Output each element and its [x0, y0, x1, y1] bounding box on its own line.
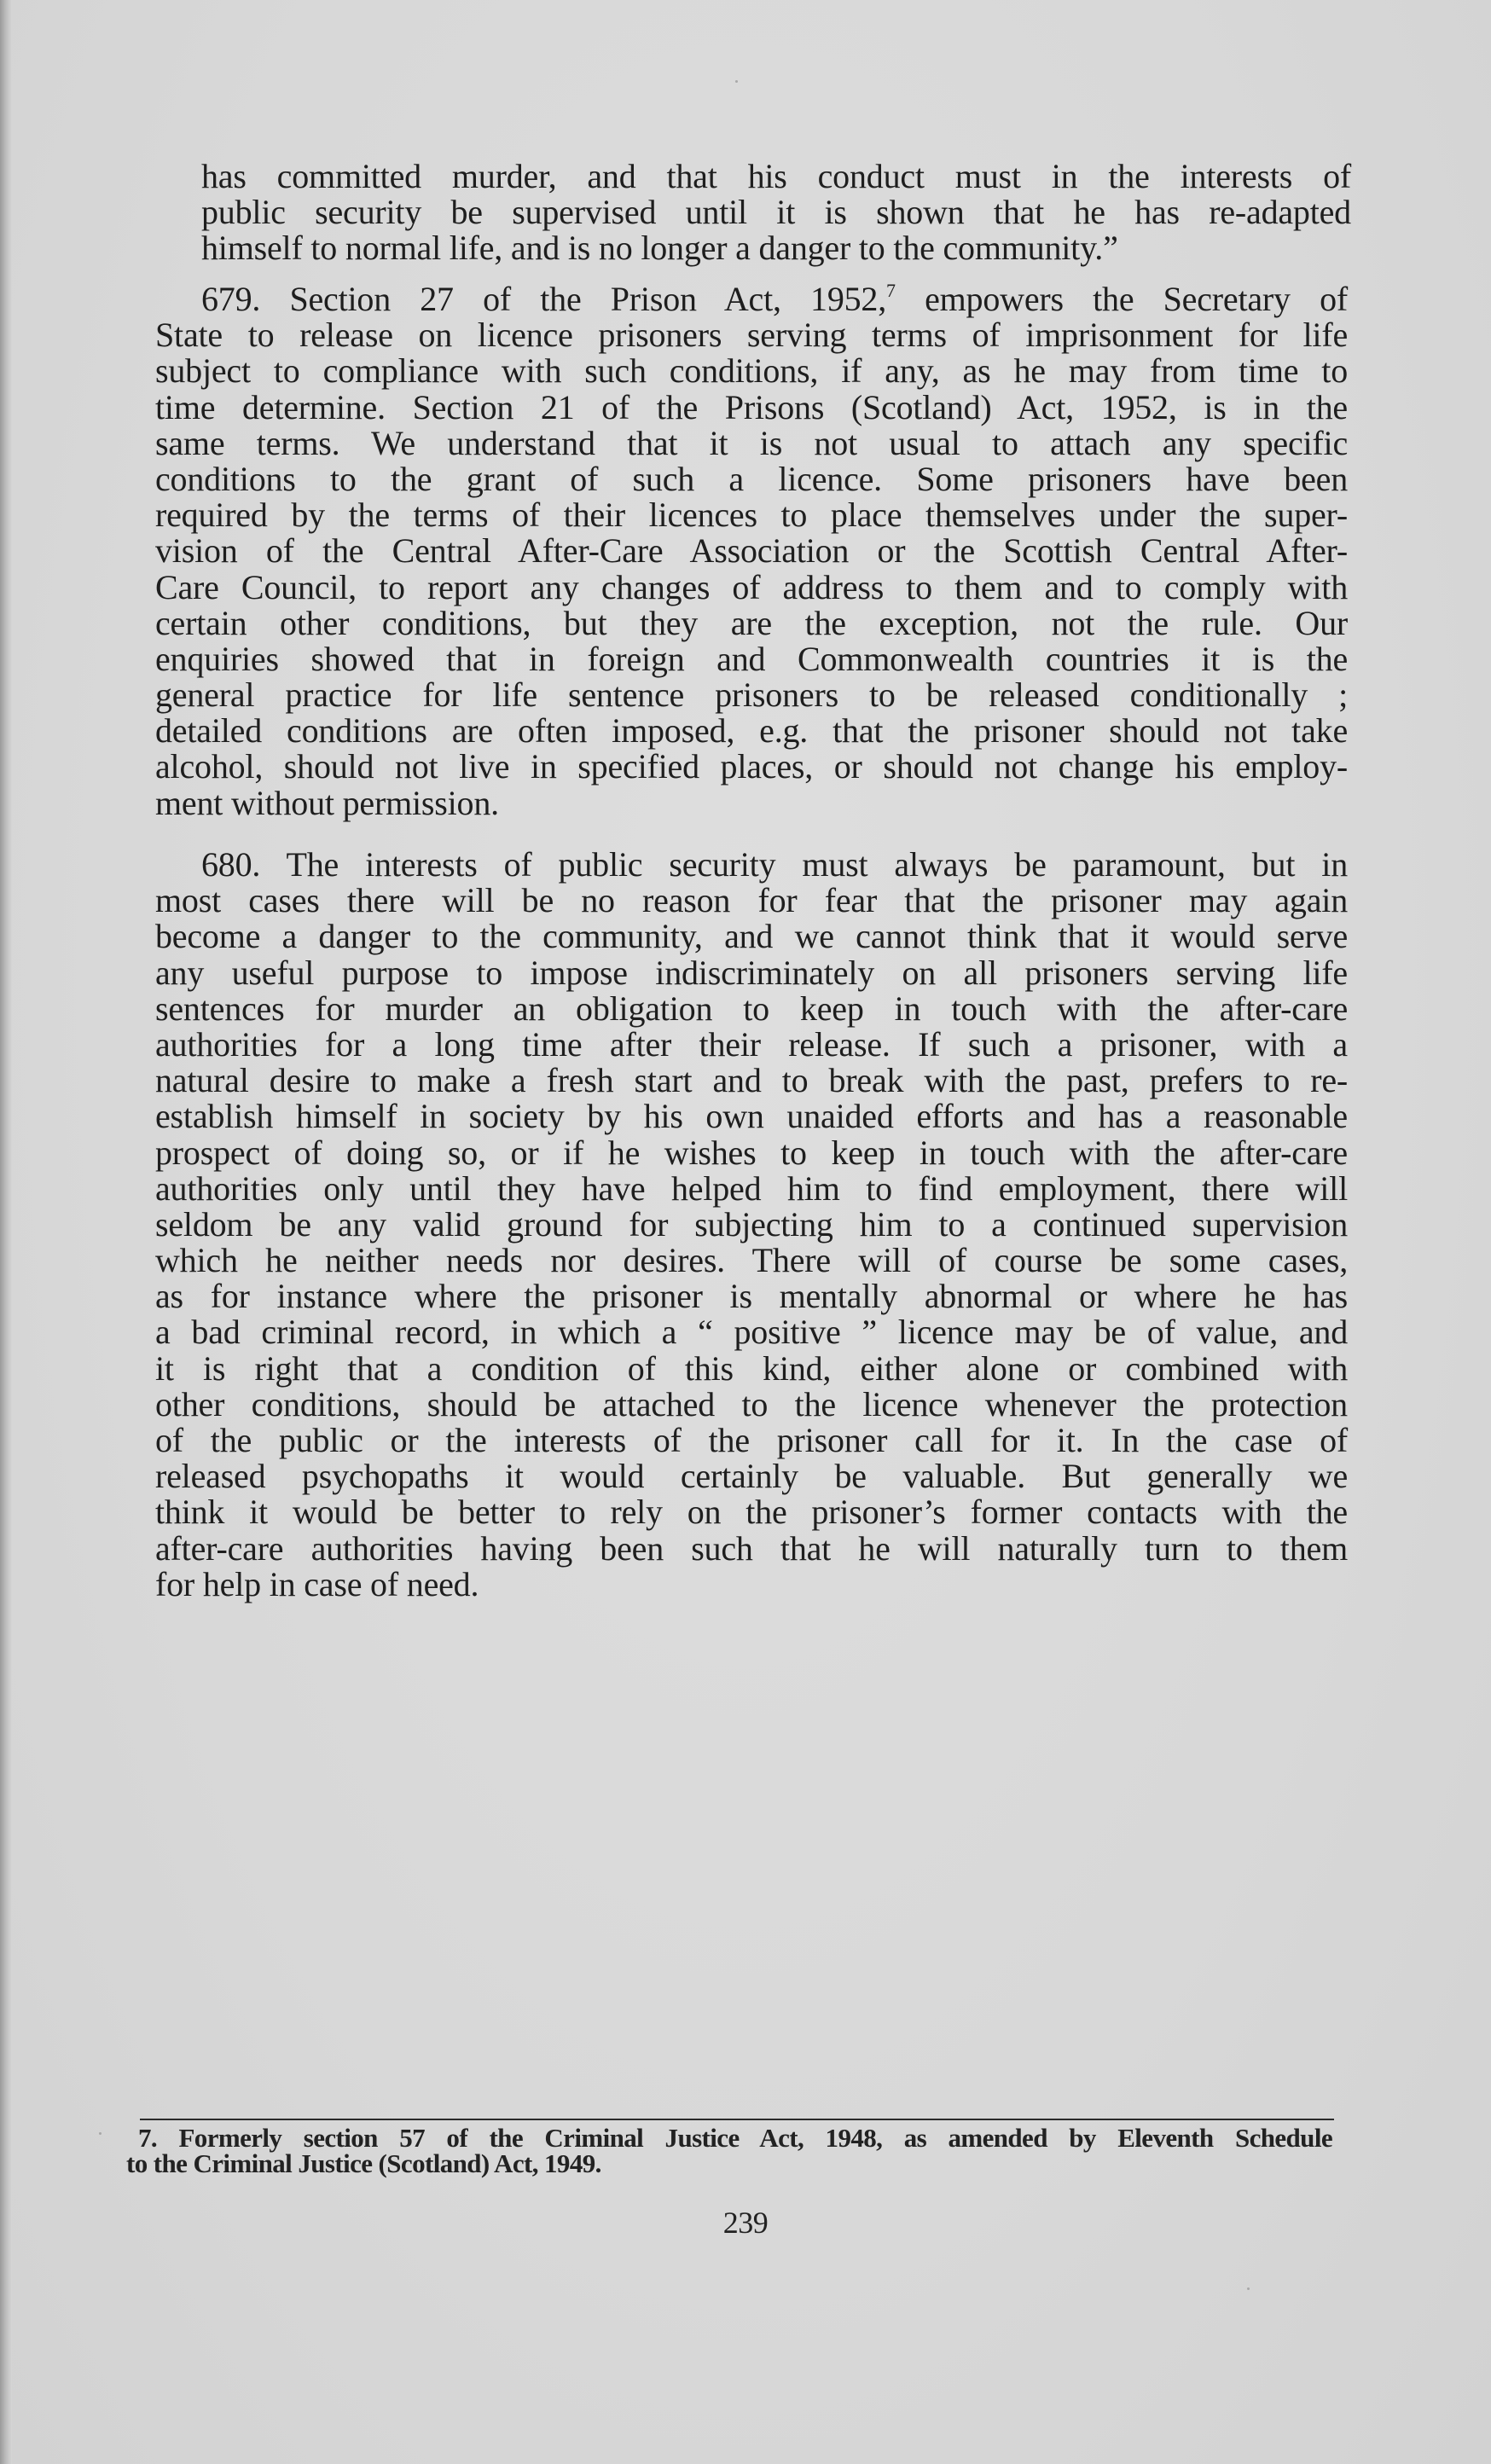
text-line: released psychopaths it would certainly …: [155, 1458, 1348, 1494]
text-line: required by the terms of their licences …: [155, 497, 1348, 533]
paper-speck: [99, 2132, 102, 2135]
text-line: has committed murder, and that his condu…: [201, 159, 1351, 194]
text-line: a bad criminal record, in which a “ posi…: [155, 1314, 1348, 1350]
text-line: ment without permission.: [155, 786, 1348, 821]
scanned-page: has committed murder, and that his condu…: [0, 0, 1491, 2464]
text-line: it is right that a condition of this kin…: [155, 1351, 1348, 1387]
footnote-line: 7. Formerly section 57 of the Criminal J…: [126, 2125, 1332, 2151]
text-line: for help in case of need.: [155, 1567, 1348, 1603]
paragraph-text: empowers the Secretary of: [896, 280, 1348, 318]
text-line: enquiries showed that in foreign and Com…: [155, 641, 1348, 677]
text-line: natural desire to make a fresh start and…: [155, 1063, 1348, 1099]
paper-speck: [1247, 2287, 1250, 2290]
text-line: 679. Section 27 of the Prison Act, 1952,…: [155, 281, 1348, 317]
text-line: same terms. We understand that it is not…: [155, 426, 1348, 461]
text-line: sentences for murder an obligation to ke…: [155, 991, 1348, 1027]
binding-shadow: [0, 0, 12, 2464]
text-line: authorities only until they have helped …: [155, 1171, 1348, 1207]
text-line: of the public or the interests of the pr…: [155, 1423, 1348, 1458]
text-line: himself to normal life, and is no longer…: [201, 230, 1351, 266]
text-line: conditions to the grant of such a licenc…: [155, 461, 1348, 497]
text-line: general practice for life sentence priso…: [155, 677, 1348, 713]
text-line: State to release on licence prisoners se…: [155, 317, 1348, 353]
continued-paragraph: has committed murder, and that his condu…: [201, 159, 1351, 267]
text-line: establish himself in society by his own …: [155, 1099, 1348, 1134]
text-line: become a danger to the community, and we…: [155, 919, 1348, 954]
text-line: authorities for a long time after their …: [155, 1027, 1348, 1063]
footnote-divider: [140, 2119, 1334, 2120]
footnote-7: 7. Formerly section 57 of the Criminal J…: [126, 2125, 1332, 2177]
text-line: 680. The interests of public security mu…: [155, 847, 1348, 883]
text-line: most cases there will be no reason for f…: [155, 883, 1348, 919]
text-line: other conditions, should be attached to …: [155, 1387, 1348, 1423]
text-line: seldom be any valid ground for subjectin…: [155, 1207, 1348, 1243]
page-number: 239: [0, 2205, 1491, 2241]
text-line: public security be supervised until it i…: [201, 194, 1351, 230]
text-line: Care Council, to report any changes of a…: [155, 570, 1348, 606]
text-line: think it would be better to rely on the …: [155, 1494, 1348, 1530]
footnote-reference[interactable]: 7: [886, 280, 896, 301]
text-line: detailed conditions are often imposed, e…: [155, 713, 1348, 749]
paragraph-text: 679. Section 27 of the Prison Act, 1952,: [201, 280, 886, 318]
paragraph-679: 679. Section 27 of the Prison Act, 1952,…: [155, 281, 1348, 821]
text-line: vision of the Central After-Care Associa…: [155, 533, 1348, 569]
paragraph-680: 680. The interests of public security mu…: [155, 847, 1348, 1603]
paper-speck: [735, 80, 738, 83]
text-line: which he neither needs nor desires. Ther…: [155, 1243, 1348, 1278]
footnote-line: to the Criminal Justice (Scotland) Act, …: [126, 2151, 1332, 2177]
text-line: after-care authorities having been such …: [155, 1531, 1348, 1567]
text-line: prospect of doing so, or if he wishes to…: [155, 1135, 1348, 1171]
text-line: alcohol, should not live in specified pl…: [155, 749, 1348, 785]
text-line: certain other conditions, but they are t…: [155, 606, 1348, 641]
text-line: as for instance where the prisoner is me…: [155, 1278, 1348, 1314]
text-line: subject to compliance with such conditio…: [155, 353, 1348, 389]
text-line: any useful purpose to impose indiscrimin…: [155, 955, 1348, 991]
text-line: time determine. Section 21 of the Prison…: [155, 390, 1348, 426]
